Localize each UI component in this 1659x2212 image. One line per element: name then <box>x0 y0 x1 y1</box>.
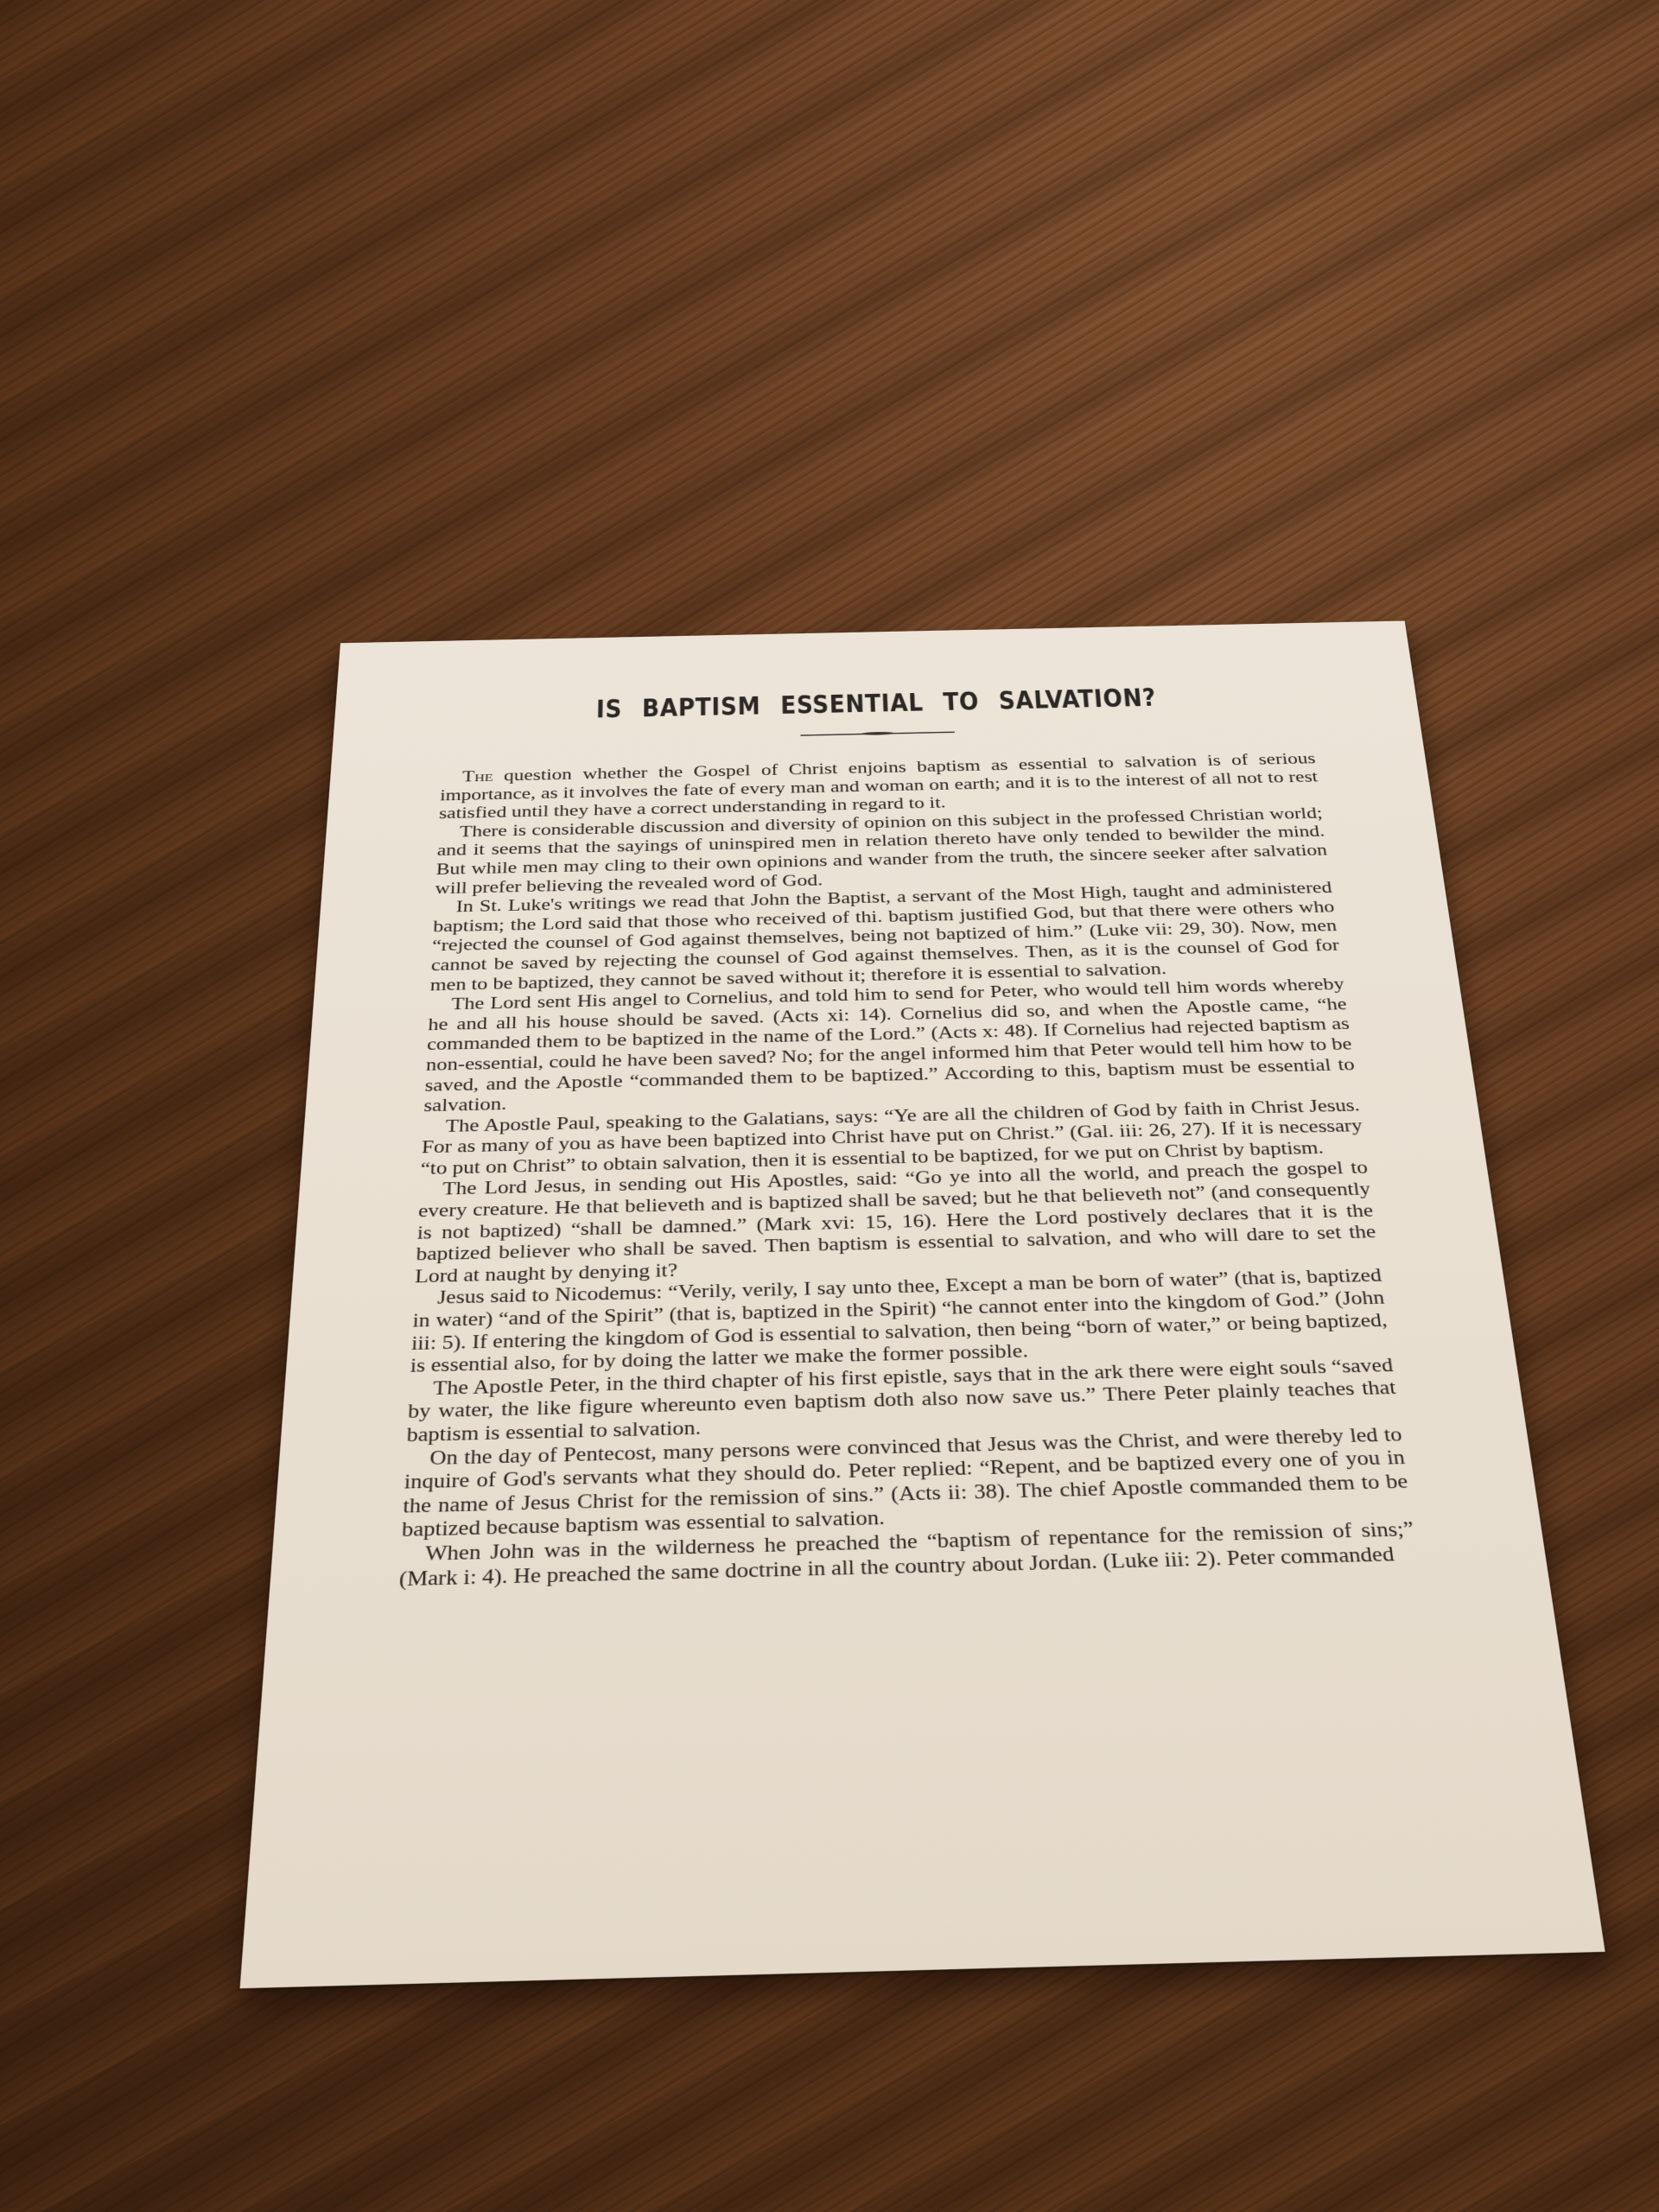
title-divider <box>800 732 954 736</box>
photo-scene: IS BAPTISM ESSENTIAL TO SALVATION? The q… <box>0 0 1659 2212</box>
printed-tract-page: IS BAPTISM ESSENTIAL TO SALVATION? The q… <box>240 620 1605 1988</box>
paragraph-lead: The <box>462 768 494 785</box>
page-title: IS BAPTISM ESSENTIAL TO SALVATION? <box>454 682 1299 727</box>
body-text: The question whether the Gospel of Chris… <box>398 750 1418 1592</box>
paragraph: The Lord sent His angel to Cornelius, an… <box>423 975 1358 1116</box>
